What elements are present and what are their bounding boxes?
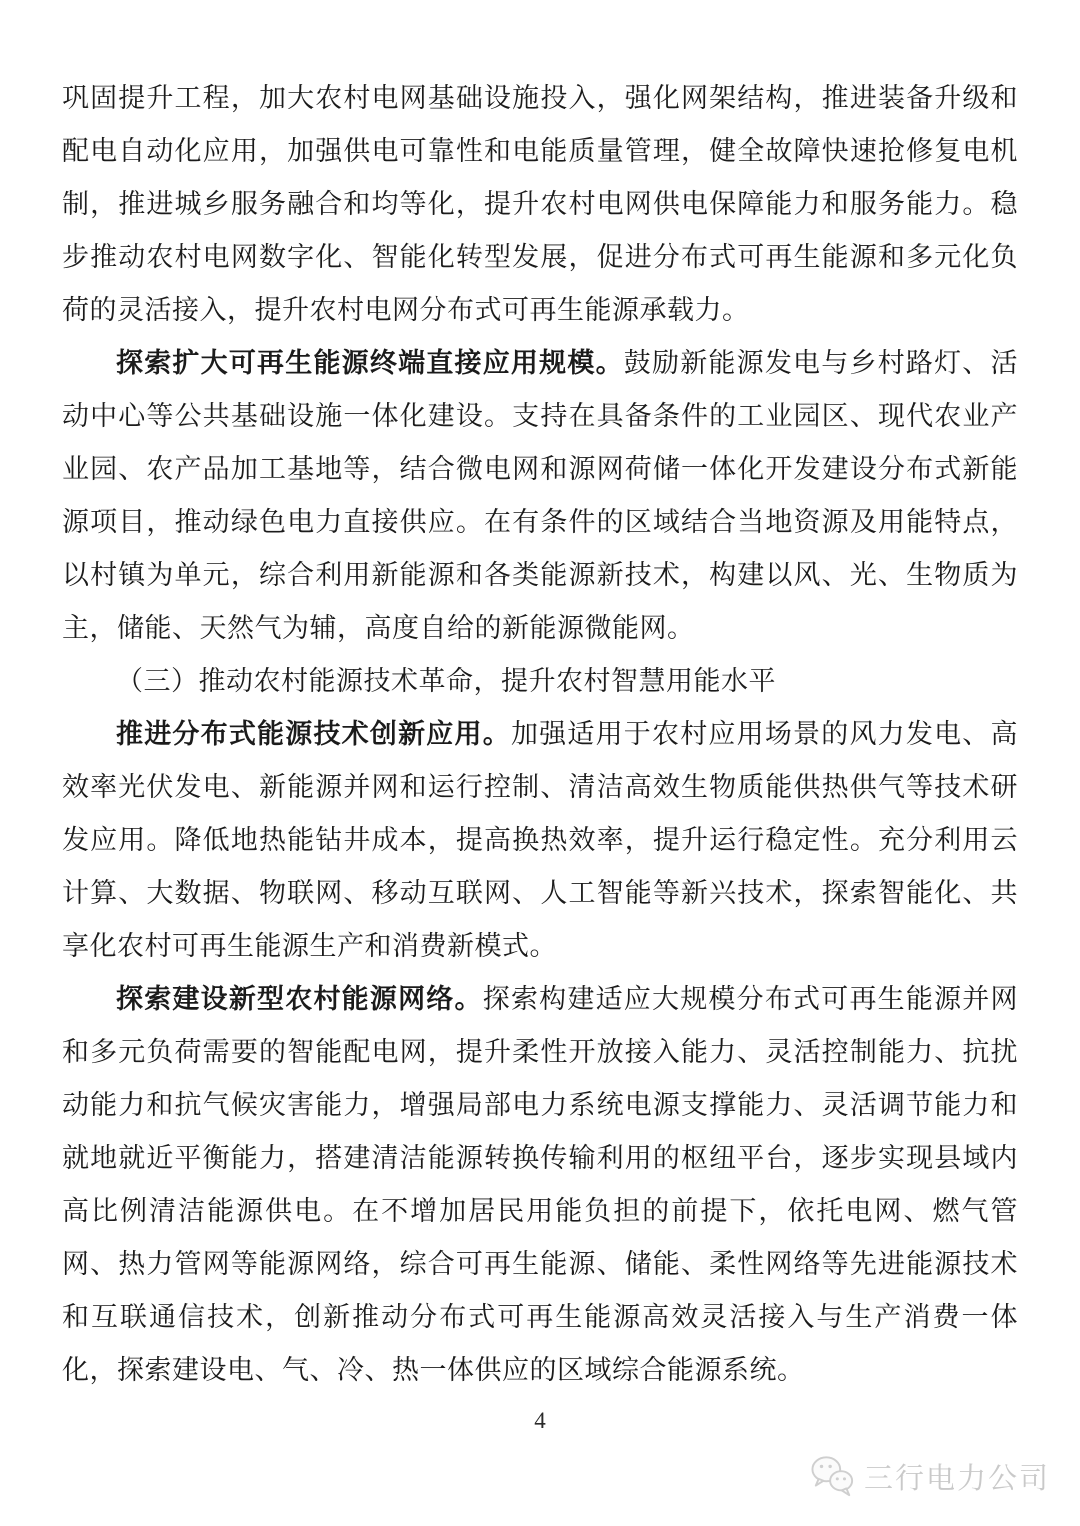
wechat-logo-icon (810, 1454, 856, 1498)
paragraph: 探索扩大可再生能源终端直接应用规模。鼓励新能源发电与乡村路灯、活动中心等公共基础… (62, 337, 1018, 655)
document-page: 巩固提升工程，加大农村电网基础设施投入，强化网架结构，推进装备升级和配电自动化应… (0, 0, 1080, 1526)
paragraph-continuation: 巩固提升工程，加大农村电网基础设施投入，强化网架结构，推进装备升级和配电自动化应… (62, 72, 1018, 337)
watermark-label: 三行电力公司 (864, 1456, 1050, 1497)
watermark: 三行电力公司 (810, 1454, 1050, 1498)
paragraph-lead: 推进分布式能源技术创新应用。 (116, 719, 511, 749)
paragraph: 推进分布式能源技术创新应用。加强适用于农村应用场景的风力发电、高效率光伏发电、新… (62, 708, 1018, 973)
paragraph-text: 探索构建适应大规模分布式可再生能源并网和多元负荷需要的智能配电网，提升柔性开放接… (62, 984, 1018, 1385)
paragraph-text: 巩固提升工程，加大农村电网基础设施投入，强化网架结构，推进装备升级和配电自动化应… (62, 83, 1018, 325)
paragraph-lead: 探索建设新型农村能源网络。 (116, 984, 483, 1014)
page-number: 4 (0, 1408, 1080, 1434)
section-heading: （三）推动农村能源技术革命，提升农村智慧用能水平 (62, 655, 1018, 708)
paragraph-lead: 探索扩大可再生能源终端直接应用规模。 (116, 348, 624, 378)
document-body: 巩固提升工程，加大农村电网基础设施投入，强化网架结构，推进装备升级和配电自动化应… (62, 72, 1018, 1397)
section-heading-text: （三）推动农村能源技术革命，提升农村智慧用能水平 (116, 666, 776, 696)
paragraph-text: 加强适用于农村应用场景的风力发电、高效率光伏发电、新能源并网和运行控制、清洁高效… (62, 719, 1018, 961)
paragraph-text: 鼓励新能源发电与乡村路灯、活动中心等公共基础设施一体化建设。支持在具备条件的工业… (62, 348, 1018, 643)
paragraph: 探索建设新型农村能源网络。探索构建适应大规模分布式可再生能源并网和多元负荷需要的… (62, 973, 1018, 1397)
